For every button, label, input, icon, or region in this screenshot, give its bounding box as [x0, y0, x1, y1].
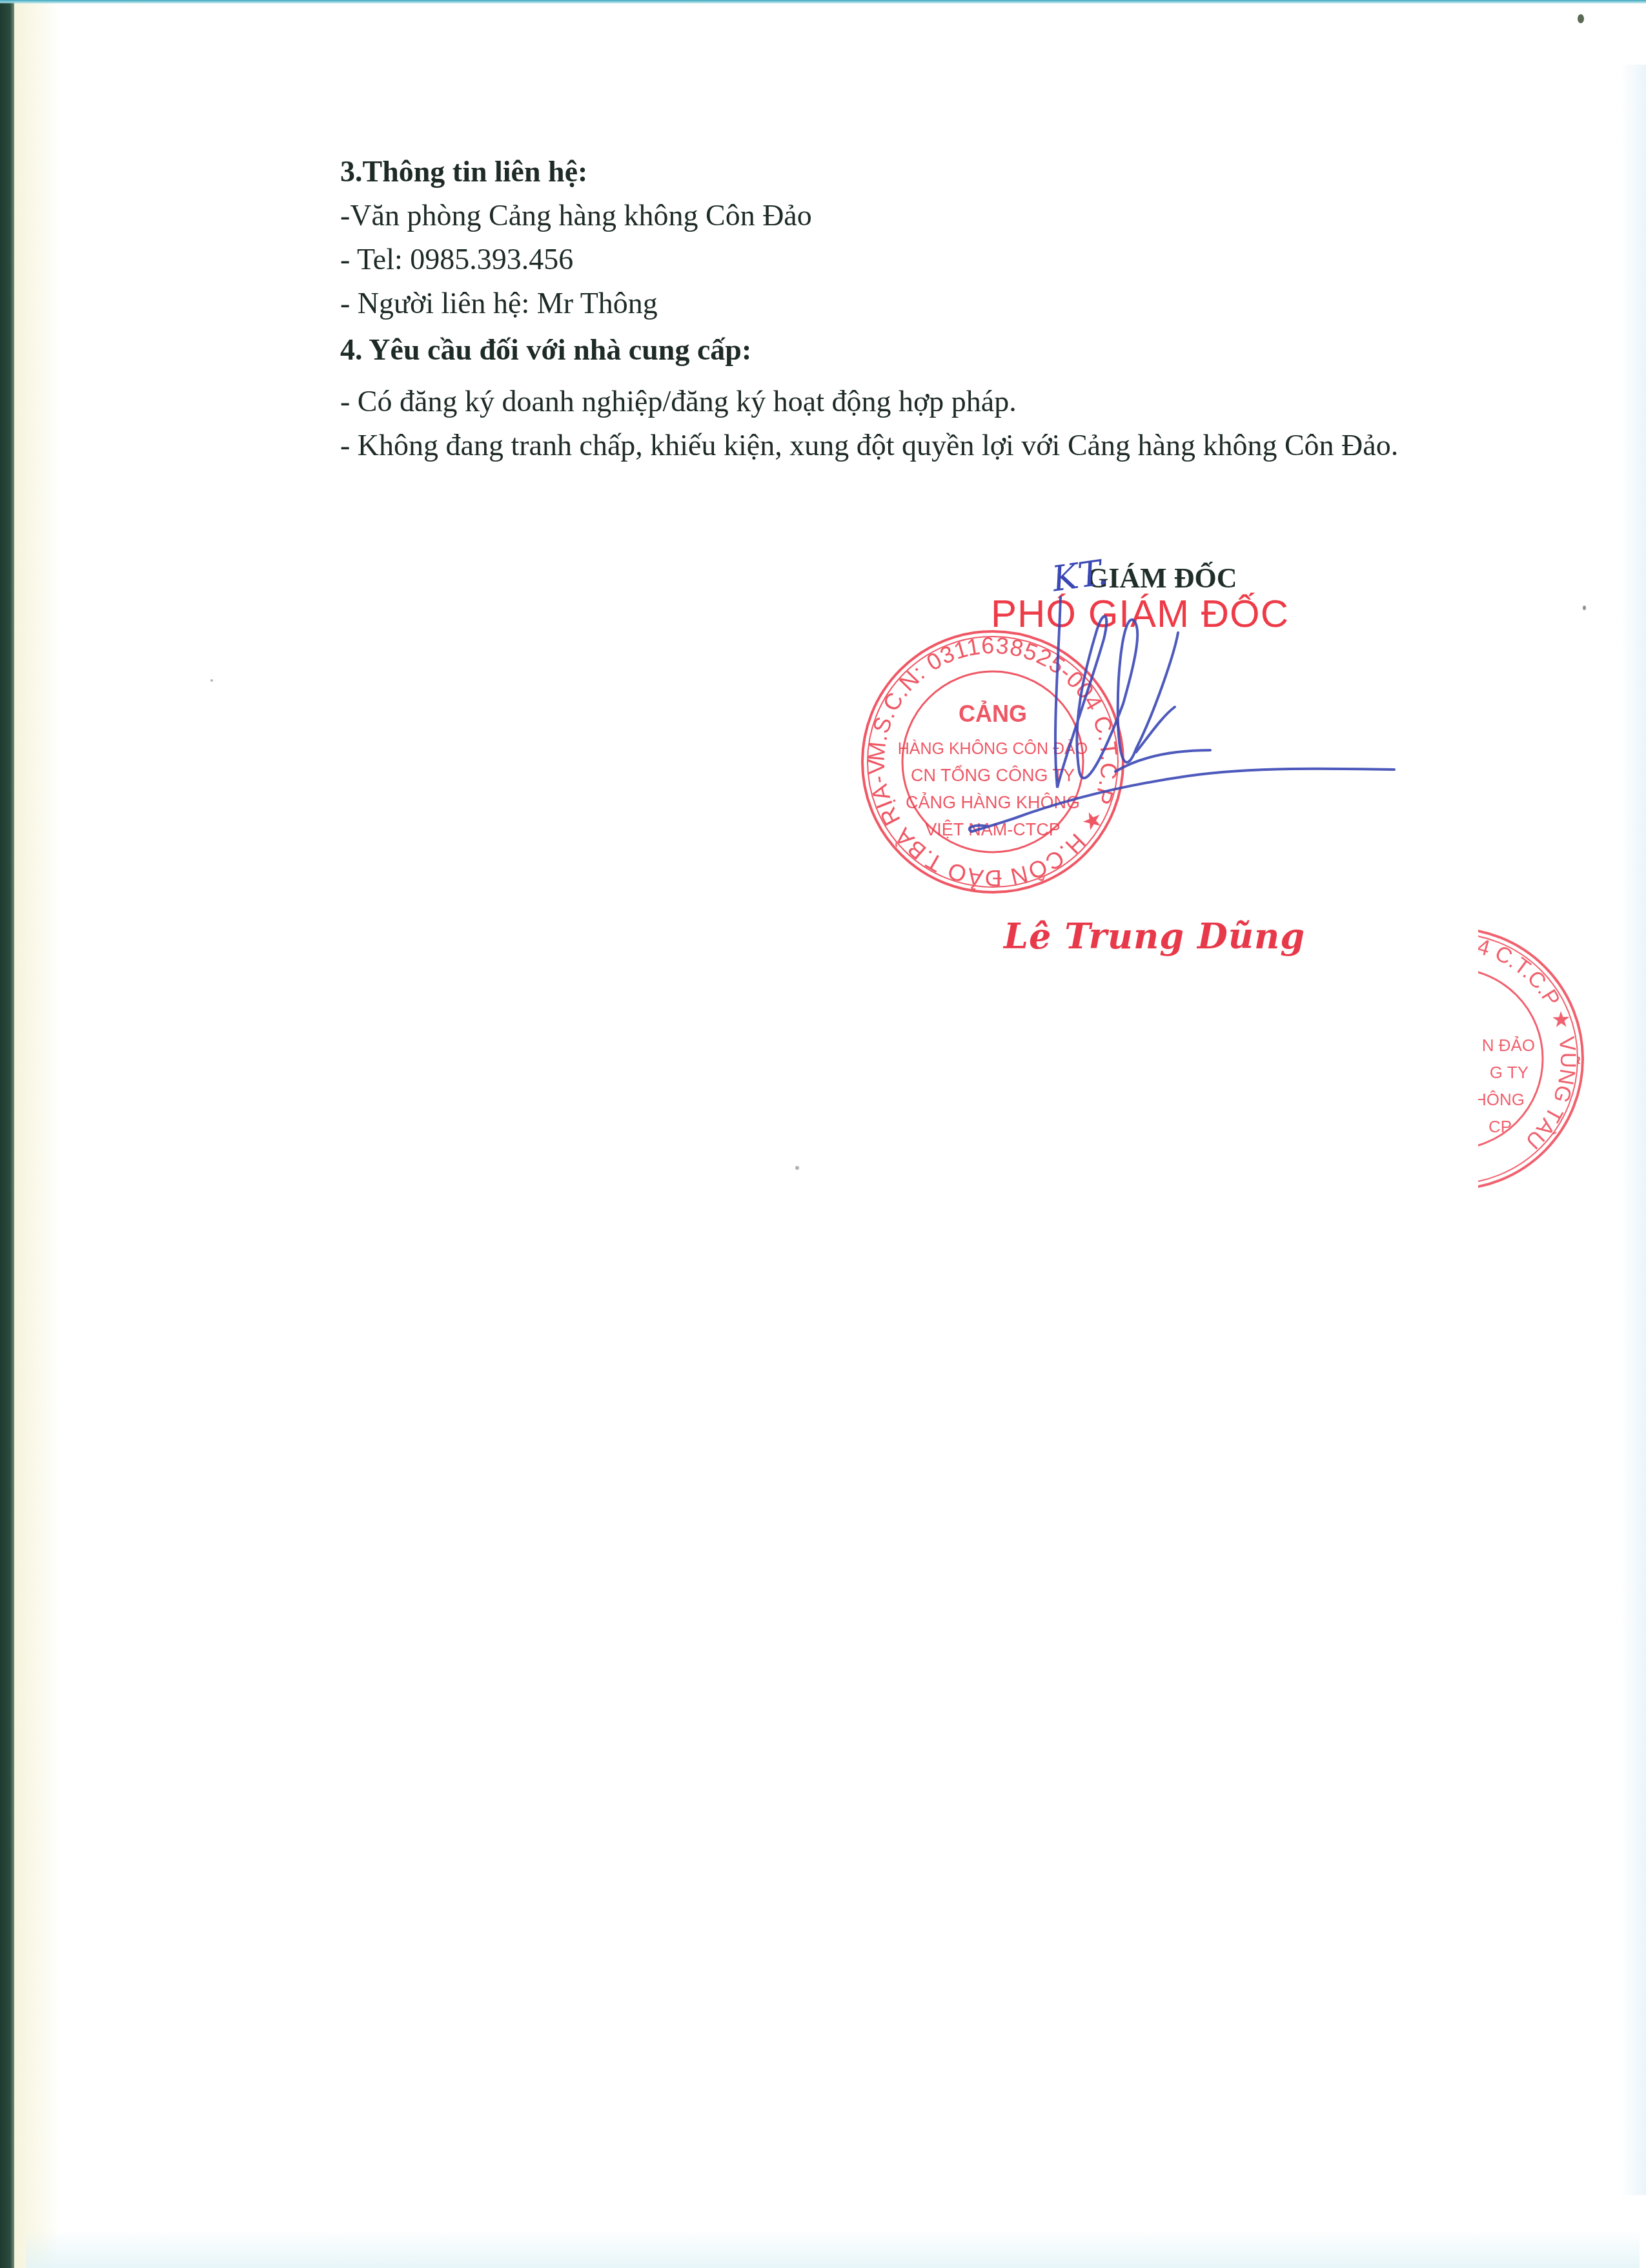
requirement-item: - Có đăng ký doanh nghiệp/đăng ký hoạt đ…: [270, 380, 1509, 424]
seal-center-line: CẢNG HÀNG KHÔNG: [906, 792, 1080, 812]
partial-seal-fragment: HÔNG: [1478, 1090, 1525, 1109]
dust-speck: [1583, 606, 1586, 610]
dust-speck: [1578, 14, 1584, 23]
partial-seal: 5-004 C.T.C.P ★ VŨNG TÀU N ĐẢO G TY HÔNG…: [1478, 923, 1588, 1194]
scanner-right-tint: [1620, 65, 1646, 2195]
document-body: 3.Thông tin liên hệ: -Văn phòng Cảng hàn…: [270, 150, 1509, 471]
section-3-heading: 3.Thông tin liên hệ:: [270, 150, 1509, 194]
dust-speck: [210, 679, 213, 682]
scanner-top-edge: [0, 0, 1646, 4]
partial-seal-fragment: N ĐẢO: [1482, 1036, 1535, 1055]
scanner-edge-shadow: [14, 0, 59, 2268]
signer-name: Lê Trung Dũng: [1004, 915, 1305, 957]
official-seal: M.S.C.N: 0311638525-004 C.T.C.P ★ H.CÔN …: [857, 626, 1128, 897]
section-4-heading: 4. Yêu cầu đối với nhà cung cấp:: [270, 328, 1509, 372]
contact-office: -Văn phòng Cảng hàng không Côn Đảo: [270, 194, 1509, 238]
signature-block: M.S.C.N: 0311638525-004 C.T.C.P ★ H.CÔN …: [839, 542, 1420, 1007]
contact-person: - Người liên hệ: Mr Thông: [270, 281, 1509, 325]
seal-center-line: VIỆT NAM-CTCP: [925, 819, 1061, 839]
contact-phone: - Tel: 0985.393.456: [270, 238, 1509, 281]
dust-speck: [795, 1166, 799, 1170]
seal-center-line: CN TỔNG CÔNG TY: [911, 765, 1075, 785]
partial-seal-fragment: G TY: [1490, 1063, 1529, 1082]
scanner-left-edge: [0, 0, 14, 2268]
requirement-item: - Không đang tranh chấp, khiếu kiện, xun…: [270, 420, 1509, 471]
scanner-bottom-tint: [26, 2229, 1640, 2268]
stamped-title: PHÓ GIÁM ĐỐC: [991, 591, 1289, 636]
seal-center-line: CẢNG: [959, 700, 1027, 727]
partial-seal-fragment: CP: [1489, 1117, 1512, 1136]
seal-center-line: HÀNG KHÔNG CÔN ĐẢO: [898, 739, 1088, 758]
